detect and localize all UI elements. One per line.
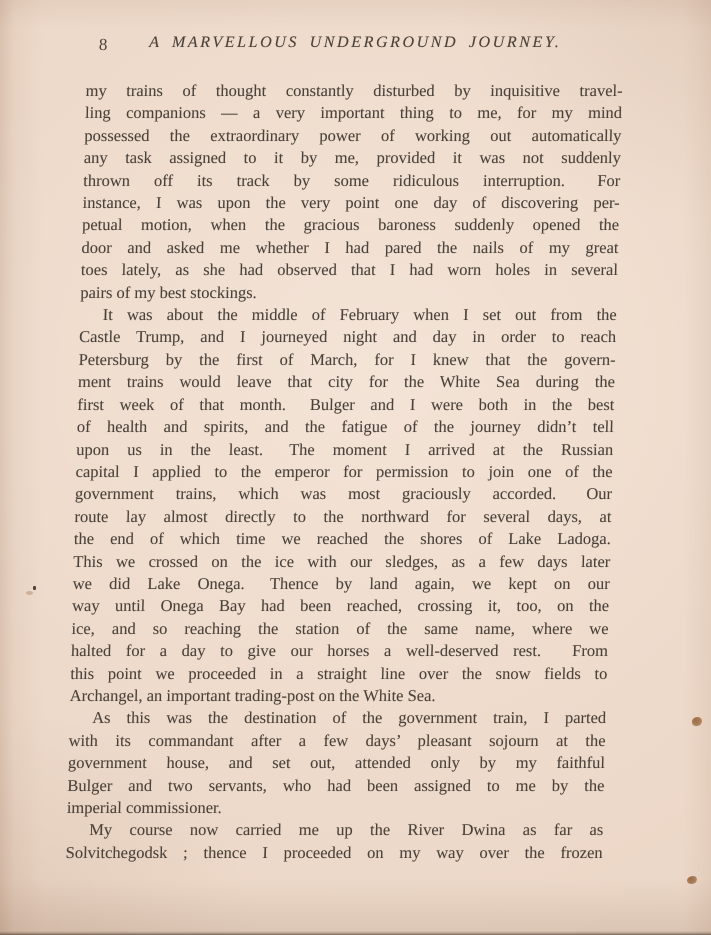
text-line: ment trains would leave that city for th… bbox=[78, 371, 616, 393]
text-line: This we crossed on the ice with our sled… bbox=[73, 551, 611, 573]
text-line: My course now carried me up the River Dw… bbox=[66, 819, 604, 841]
text-line: As this was the destination of the gover… bbox=[69, 707, 607, 729]
text-line: halted for a day to give our horses a we… bbox=[71, 640, 609, 662]
text-line: route lay almost directly to the northwa… bbox=[74, 506, 612, 528]
text-line: way until Onega Bay had been reached, cr… bbox=[72, 595, 610, 617]
text-line: ice, and so reaching the station of the … bbox=[71, 618, 609, 640]
paper-smudge bbox=[26, 591, 33, 595]
text-line: toes lately, as she had observed that I … bbox=[81, 259, 619, 281]
text-line: government house, and set out, attended … bbox=[68, 752, 606, 774]
text-line: first week of that month. Bulger and I w… bbox=[77, 394, 615, 416]
text-line: Castle Trump, and I journeyed night and … bbox=[79, 326, 617, 348]
text-line: Solvitchegodsk ; thence I proceeded on m… bbox=[65, 842, 603, 864]
text-line: this point we proceeded in a straight li… bbox=[70, 663, 608, 685]
text-line: It was about the middle of February when… bbox=[79, 304, 617, 326]
text-line: possessed the extraordinary power of wor… bbox=[84, 125, 622, 147]
text-line: petual motion, when the gracious barones… bbox=[82, 214, 620, 236]
text-line: any task assigned to it by me, provided … bbox=[84, 147, 622, 169]
page-number: 8 bbox=[99, 35, 109, 55]
text-line: door and asked me whether I had pared th… bbox=[81, 237, 619, 259]
text-line: thrown off its track by some ridiculous … bbox=[83, 170, 621, 192]
text-line: government trains, which was most gracio… bbox=[75, 483, 613, 505]
ink-speck bbox=[33, 586, 36, 590]
text-line: pairs of my best stockings. bbox=[80, 282, 618, 304]
text-line: Bulger and two servants, who had been as… bbox=[67, 775, 605, 797]
text-line: of health and spirits, and the fatigue o… bbox=[77, 416, 615, 438]
text-line: with its commandant after a few days’ pl… bbox=[68, 730, 606, 752]
book-page-scan: 8 A MARVELLOUS UNDERGROUND JOURNEY. my t… bbox=[0, 0, 711, 935]
text-line: Archangel, an important trading-post on … bbox=[69, 685, 607, 707]
text-line: capital I applied to the emperor for per… bbox=[75, 461, 613, 483]
text-line: Petersburg by the first of March, for I … bbox=[78, 349, 616, 371]
running-header-title: A MARVELLOUS UNDERGROUND JOURNEY. bbox=[87, 34, 624, 52]
foxing-spot bbox=[687, 876, 697, 884]
text-line: we did Lake Onega. Thence by land again,… bbox=[72, 573, 610, 595]
scan-bottom-edge bbox=[0, 931, 711, 935]
print-area: 8 A MARVELLOUS UNDERGROUND JOURNEY. my t… bbox=[0, 0, 711, 935]
text-line: imperial commissioner. bbox=[67, 797, 605, 819]
text-line: ling companions — a very important thing… bbox=[85, 102, 623, 124]
text-line: my trains of thought constantly disturbe… bbox=[85, 80, 623, 102]
running-head: 8 A MARVELLOUS UNDERGROUND JOURNEY. bbox=[86, 34, 624, 58]
body-text-block: my trains of thought constantly disturbe… bbox=[65, 80, 623, 864]
text-line: upon us in the least. The moment I arriv… bbox=[76, 439, 614, 461]
text-line: instance, I was upon the very point one … bbox=[82, 192, 620, 214]
text-line: the end of which time we reached the sho… bbox=[74, 528, 612, 550]
foxing-spot bbox=[692, 717, 702, 726]
